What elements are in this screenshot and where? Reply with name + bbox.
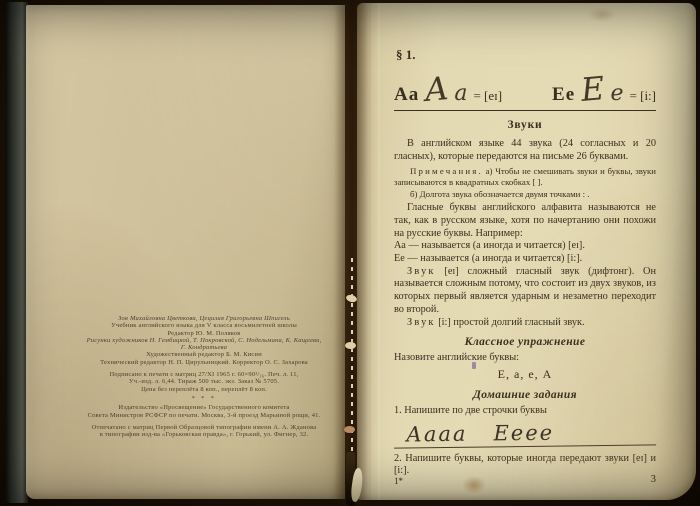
zvuk-label-2: Звук xyxy=(407,317,436,328)
homework-task-1: 1. Напишите по две строчки буквы xyxy=(394,405,656,418)
book-photo: Зоя Михайловна Цветкова, Цецилия Григорь… xyxy=(0,0,700,506)
thread-knot xyxy=(345,294,357,304)
letter-a-script-capital: A xyxy=(424,74,449,104)
letter-group-a: Aa A a = [eɪ] xyxy=(394,75,502,106)
colophon-printer-1: Отпечатано с матриц Первой Образцовой ти… xyxy=(70,424,338,431)
paragraph-4-text: [i:] простой долгий гласный звук. xyxy=(438,317,584,328)
letter-e-script-lowercase: e xyxy=(611,81,624,106)
note-b: б) Долгота звука обозначается двумя точк… xyxy=(394,189,656,200)
colophon-publisher-2: Совета Министров РСФСР по печати. Москва… xyxy=(70,412,338,419)
right-page: § 1. Aa A a = [eɪ] Ee E e = [i:] Звуки В… xyxy=(357,3,696,500)
sounds-paragraph-3: Звук [eɪ] сложный гласный звук (дифтонг)… xyxy=(394,266,656,317)
aa-name-line: Аа — называется (а иногда и читается) [e… xyxy=(394,240,656,253)
letter-e-transcription: = [i:] xyxy=(630,88,656,104)
letter-a-script-lowercase: a xyxy=(454,81,467,106)
horizontal-rule xyxy=(394,110,656,111)
thread-knot xyxy=(345,342,356,349)
homework-task-2: 2. Напишите буквы, которые иногда переда… xyxy=(394,453,656,478)
handwritten-letters: Аааа Ееее xyxy=(394,418,656,448)
paper-stain xyxy=(588,7,616,22)
colophon-title: Учебник английского языка для V класса в… xyxy=(70,322,338,329)
colophon-editor: Редактор Ю. М. Поляков xyxy=(70,330,338,337)
class-exercise-task: Назовите английские буквы: xyxy=(394,352,656,365)
lesson-content: § 1. Aa A a = [eɪ] Ee E e = [i:] Звуки В… xyxy=(357,3,696,500)
colophon-print-info-1: Подписано к печати с матриц 27/XI 1965 г… xyxy=(70,371,338,378)
zvuk-label-1: Звук xyxy=(407,266,436,277)
colophon: Зоя Михайловна Цветкова, Цецилия Григорь… xyxy=(70,315,338,438)
thread-knot xyxy=(344,426,355,433)
colophon-print-info-2: Уч.-изд. л. 6,44. Тираж 500 тыс. экз. За… xyxy=(70,378,338,385)
section-number: § 1. xyxy=(396,47,656,63)
sounds-paragraph-1: В английском языке 44 звука (24 согласны… xyxy=(394,138,656,163)
colophon-tech-editor: Технический редактор Н. П. Цирульницкий.… xyxy=(70,359,338,366)
pencil-mark xyxy=(472,362,476,369)
letter-samples-row: Aa A a = [eɪ] Ee E e = [i:] xyxy=(394,75,656,106)
class-exercise-heading: Классное упражнение xyxy=(394,336,656,348)
note-a: Примечания. а) Чтобы не смешивать звуки … xyxy=(394,166,656,187)
colophon-art-editor: Художественный редактор Б. М. Кисин xyxy=(70,351,338,358)
colophon-divider: * * * xyxy=(70,396,338,403)
letter-a-print: Aa xyxy=(394,84,419,106)
letter-e-script-capital: E xyxy=(580,74,606,104)
homework-heading: Домашние задания xyxy=(394,389,656,401)
sounds-paragraph-2: Гласные буквы английского алфавита назыв… xyxy=(394,202,656,240)
book-cover-edge xyxy=(5,2,28,503)
colophon-publisher-1: Издательство «Просвещение» Государственн… xyxy=(70,404,338,411)
colophon-printer-2: в типографии изд-ва «Горьковская правда»… xyxy=(70,431,338,438)
letter-group-e: Ee E e = [i:] xyxy=(552,75,656,106)
page-number: 3 xyxy=(651,473,657,485)
colophon-price: Цена без переплёта 8 коп., переплёт 8 ко… xyxy=(70,386,338,393)
ee-name-line: Ее — называется (а иногда и читается) [i… xyxy=(394,253,656,266)
sounds-paragraph-4: Звук [i:] простой долгий гласный звук. xyxy=(394,317,656,330)
letter-e-print: Ee xyxy=(552,84,575,106)
left-page: Зоя Михайловна Цветкова, Цецилия Григорь… xyxy=(26,5,345,499)
class-exercise-letters: Е, а, е, А xyxy=(394,367,656,382)
colophon-artists-1: Рисунки художников Н. Гембицкой, Т. Покр… xyxy=(70,337,338,344)
colophon-authors: Зоя Михайловна Цветкова, Цецилия Григорь… xyxy=(70,315,338,322)
note-label: Примечания. xyxy=(410,166,483,176)
colophon-artists-2: Г. Кондратьева xyxy=(70,344,338,351)
paper-stain xyxy=(462,476,486,494)
letter-a-transcription: = [eɪ] xyxy=(473,88,502,104)
signature-mark: 1* xyxy=(394,476,403,486)
sounds-heading: Звуки xyxy=(394,119,656,131)
